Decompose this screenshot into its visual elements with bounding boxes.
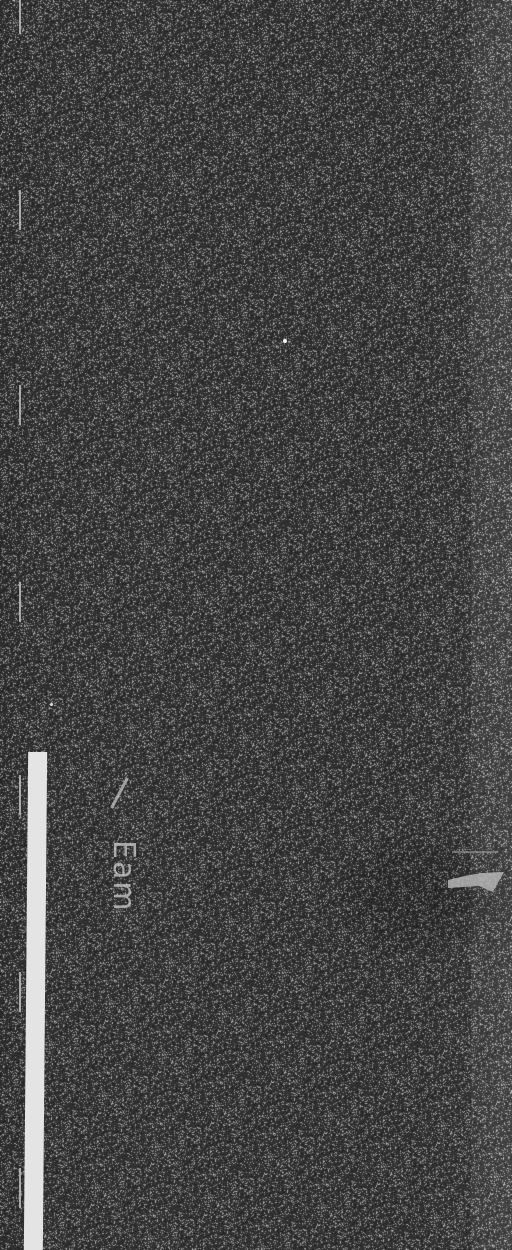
lane-dash	[19, 775, 21, 815]
bright-speck	[50, 703, 53, 706]
shadow-patch	[340, 840, 510, 950]
bright-speck	[283, 339, 287, 343]
lane-dash	[19, 190, 21, 230]
lane-dash	[19, 1168, 21, 1208]
painted-road-text: Eam	[106, 840, 141, 913]
lane-dash	[19, 972, 21, 1012]
asphalt-texture	[0, 0, 512, 1250]
lane-dash	[19, 582, 21, 622]
crack-line	[452, 851, 498, 853]
road-photo: Eam	[0, 0, 512, 1250]
lane-dash	[19, 385, 21, 425]
lane-dash	[19, 0, 21, 34]
